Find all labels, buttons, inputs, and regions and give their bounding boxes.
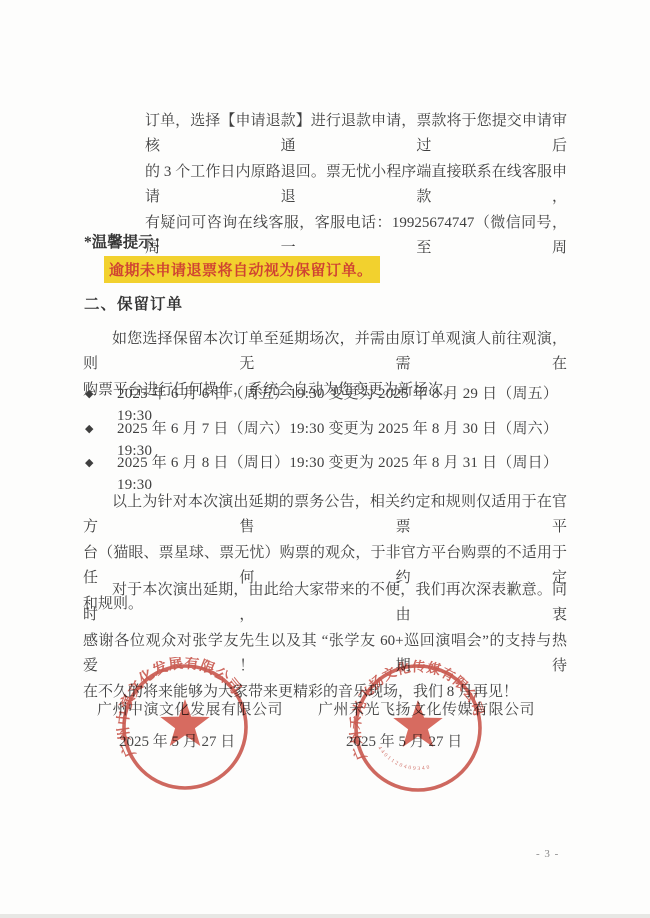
list-item: ◆ 2025 年 6 月 7 日（周六）19:30 变更为 2025 年 8 月…	[85, 418, 567, 453]
paragraph-line: 以上为针对本次演出延期的票务公告，相关约定和规则仅适用于在官方售票平	[83, 490, 567, 541]
seal-star-icon	[160, 699, 209, 746]
paragraph-line: 的 3 个工作日内原路退回。票无忧小程序端直接联系在线客服申请退款，	[145, 160, 567, 211]
page-number: - 3 -	[536, 848, 559, 860]
highlighted-warning: 逾期未申请退票将自动视为保留订单。	[104, 256, 380, 283]
section-heading-retained-orders: 二、保留订单	[84, 292, 183, 314]
seal-serial-number: 4401120409340	[376, 745, 432, 772]
diamond-bullet-icon: ◆	[85, 452, 117, 475]
schedule-change-list: ◆ 2025 年 6 月 6 日（周五）19:30 变更为 2025 年 8 月…	[85, 383, 567, 487]
left-company-seal-stamp-icon: 广州中演文化发展有限公司	[115, 657, 255, 797]
right-company-seal-stamp-icon: 广州禾光飞扬文化传媒有限公司 4401120409340	[348, 658, 488, 798]
list-item: ◆ 2025 年 6 月 6 日（周五）19:30 变更为 2025 年 8 月…	[85, 383, 567, 418]
scanned-document-page: 订单，选择【申请退款】进行退款申请，票款将于您提交申请审核通过后 的 3 个工作…	[0, 0, 650, 918]
diamond-bullet-icon: ◆	[85, 418, 117, 441]
svg-text:4401120409340: 4401120409340	[376, 745, 432, 772]
seal-star-icon	[393, 700, 442, 747]
tip-label: *温馨提示：	[84, 230, 169, 252]
paragraph-line: 如您选择保留本次订单至延期场次，并需由原订单观演人前往观演，则无需在	[83, 327, 567, 378]
scan-bottom-edge	[0, 914, 650, 918]
list-item: ◆ 2025 年 6 月 8 日（周日）19:30 变更为 2025 年 8 月…	[85, 452, 567, 487]
seal-arc-text: 广州中演文化发展有限公司	[115, 657, 245, 760]
diamond-bullet-icon: ◆	[85, 383, 117, 406]
svg-text:广州中演文化发展有限公司: 广州中演文化发展有限公司	[115, 657, 245, 760]
paragraph-line: 有疑问可咨询在线客服，客服电话：19925674747（微信同号，周一至周	[145, 211, 567, 262]
paragraph-line: 对于本次演出延期，由此给大家带来的不便，我们再次深表歉意。同时，由衷	[83, 578, 567, 629]
paragraph-line: 订单，选择【申请退款】进行退款申请，票款将于您提交申请审核通过后	[145, 109, 567, 160]
